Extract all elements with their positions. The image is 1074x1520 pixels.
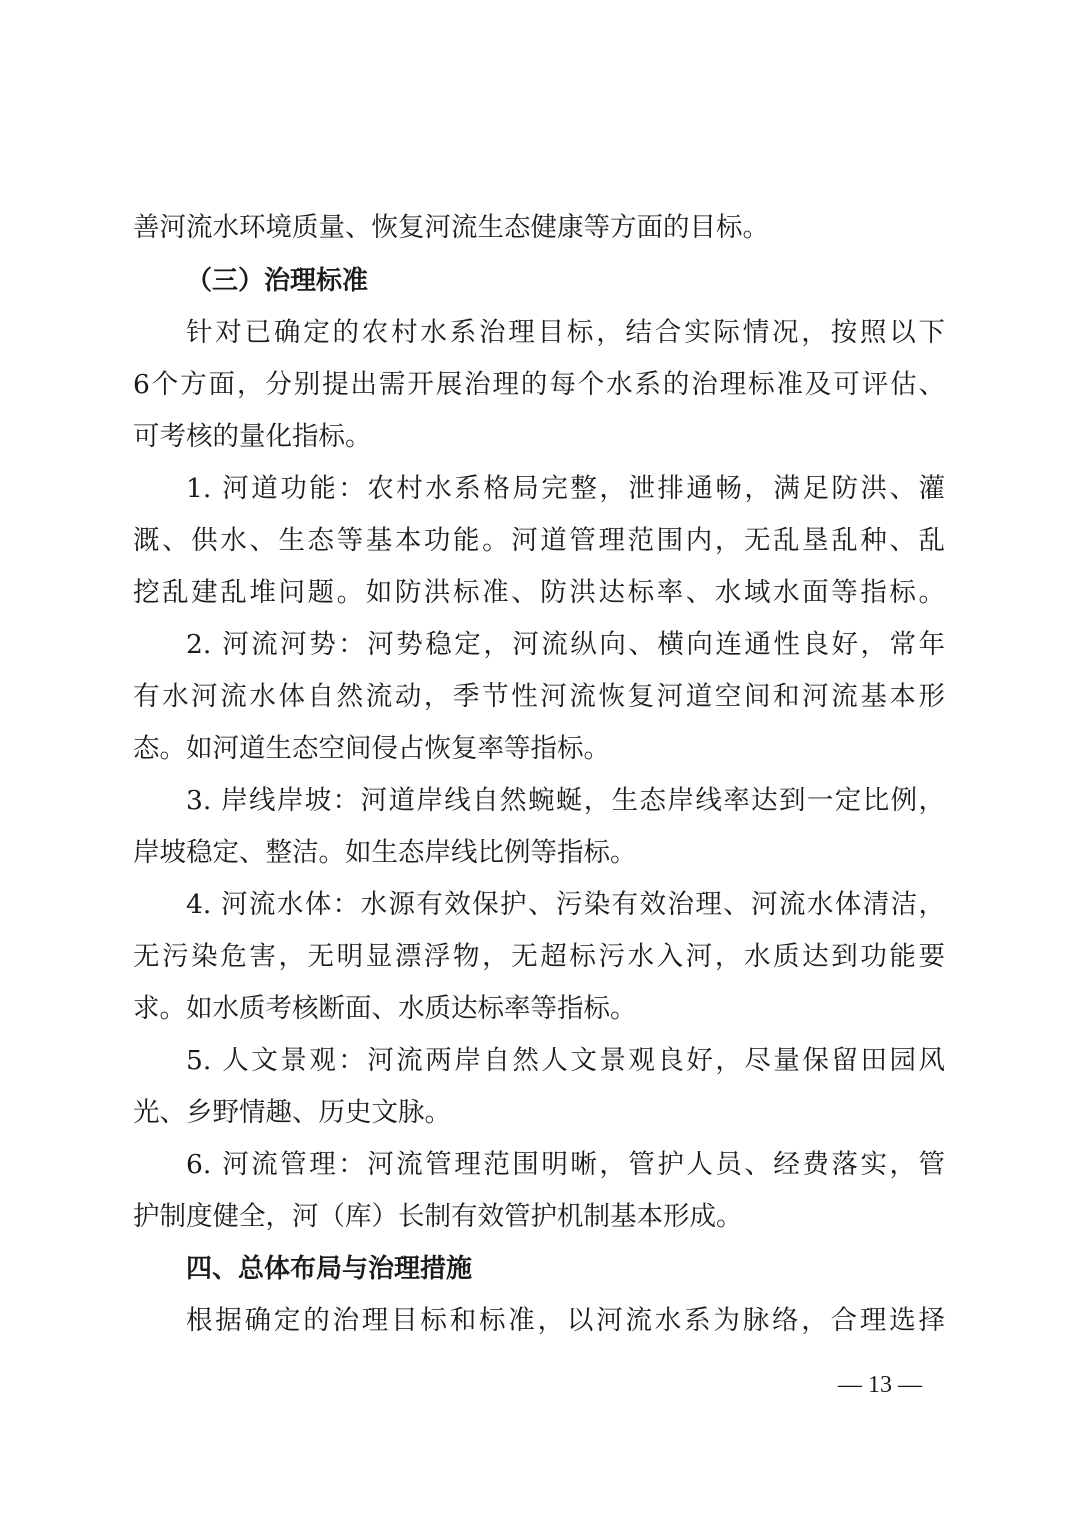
list-item-water-body: 4. 河流水体：水源有效保护、污染有效治理、河流水体清洁， [186, 887, 945, 923]
paragraph-line: 溉、供水、生态等基本功能。河道管理范围内，无乱垦乱种、乱 [133, 523, 945, 559]
paragraph-line: 针对已确定的农村水系治理目标，结合实际情况，按照以下 [186, 315, 945, 351]
paragraph-line: 善河流水环境质量、恢复河流生态健康等方面的目标。 [133, 210, 945, 246]
list-item-river-regime: 2. 河流河势：河势稳定，河流纵向、横向连通性良好，常年 [186, 627, 945, 663]
paragraph-line: 可考核的量化指标。 [133, 419, 945, 455]
list-item-shoreline: 3. 岸线岸坡：河道岸线自然蜿蜒，生态岸线率达到一定比例， [186, 783, 945, 819]
list-item-river-management: 6. 河流管理：河流管理范围明晰，管护人员、经费落实，管 [186, 1147, 945, 1183]
section-heading-overall-layout: 四、总体布局与治理措施 [186, 1251, 472, 1287]
paragraph-line: 光、乡野情趣、历史文脉。 [133, 1095, 945, 1131]
paragraph-line: 6个方面，分别提出需开展治理的每个水系的治理标准及可评估、 [133, 367, 945, 403]
section-heading-governance-standards: （三）治理标准 [186, 263, 368, 299]
paragraph-line: 求。如水质考核断面、水质达标率等指标。 [133, 991, 945, 1027]
paragraph-line: 挖乱建乱堆问题。如防洪标准、防洪达标率、水域水面等指标。 [133, 575, 945, 611]
list-item-cultural-landscape: 5. 人文景观：河流两岸自然人文景观良好，尽量保留田园风 [186, 1043, 945, 1079]
paragraph-line: 态。如河道生态空间侵占恢复率等指标。 [133, 731, 945, 767]
paragraph-line: 无污染危害，无明显漂浮物，无超标污水入河，水质达到功能要 [133, 939, 945, 975]
document-page: 善河流水环境质量、恢复河流生态健康等方面的目标。 （三）治理标准 针对已确定的农… [0, 0, 1074, 1520]
page-number: — 13 — [838, 1370, 922, 1400]
paragraph-line: 有水河流水体自然流动，季节性河流恢复河道空间和河流基本形 [133, 679, 945, 715]
list-item-river-function: 1. 河道功能：农村水系格局完整，泄排通畅，满足防洪、灌 [186, 471, 945, 507]
paragraph-line: 根据确定的治理目标和标准，以河流水系为脉络，合理选择 [186, 1303, 945, 1339]
paragraph-line: 护制度健全，河（库）长制有效管护机制基本形成。 [133, 1199, 945, 1235]
paragraph-line: 岸坡稳定、整洁。如生态岸线比例等指标。 [133, 835, 945, 871]
